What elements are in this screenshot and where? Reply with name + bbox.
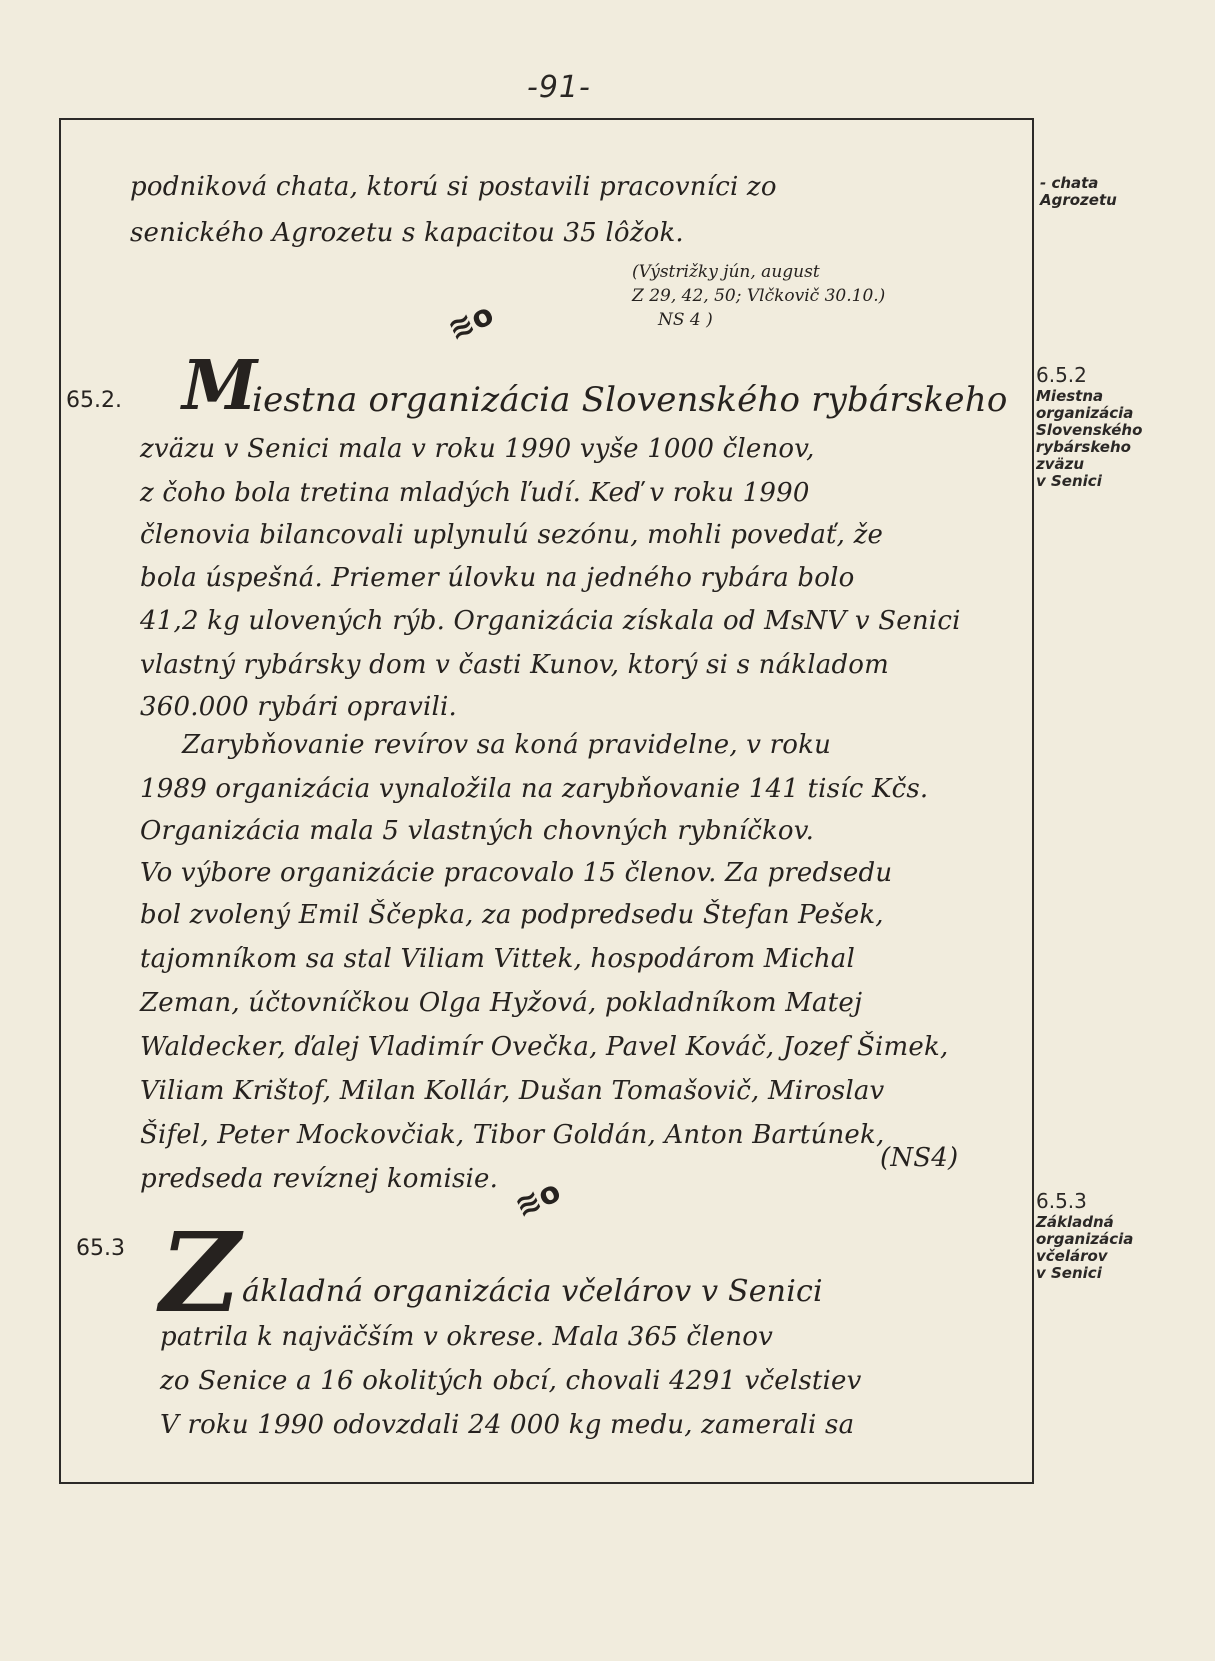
margin-note-line: Agrozetu <box>1040 192 1117 209</box>
source-note-line-3: NS 4 ) <box>658 310 713 330</box>
section-3-initial: Z <box>160 1218 240 1328</box>
margin-note-line: organizácia <box>1036 405 1142 422</box>
section-2-line-12: Vo výbore organizácie pracovalo 15 členo… <box>140 858 892 888</box>
margin-note-chata: - chata Agrozetu <box>1040 175 1117 209</box>
section-2-number: 65.2. <box>66 388 122 413</box>
margin-note-line: v Senici <box>1036 1265 1133 1282</box>
margin-note-line: v Senici <box>1036 473 1142 490</box>
section-2-line-6: 41,2 kg ulovených rýb. Organizácia získa… <box>140 606 961 636</box>
section-2-line-4: členovia bilancovali uplynulú sezónu, mo… <box>140 520 883 550</box>
section-2-line-13: bol zvolený Emil Ščepka, za podpredsedu … <box>140 900 884 930</box>
section-2-line-9: Zarybňovanie revírov sa koná pravidelne,… <box>182 730 831 760</box>
section-2-line-14: tajomníkom sa stal Viliam Vittek, hospod… <box>140 944 855 974</box>
margin-note-line: Základná <box>1036 1214 1133 1231</box>
section-3-line-3: zo Senice a 16 okolitých obcí, chovali 4… <box>160 1366 862 1396</box>
margin-note-line: Slovenského <box>1036 422 1142 439</box>
section-2-line-5: bola úspešná. Priemer úlovku na jedného … <box>140 563 854 593</box>
section-3-line-2: patrila k najväčším v okrese. Mala 365 č… <box>160 1322 773 1352</box>
source-note-line-2: Z 29, 42, 50; Vlčkovič 30.10.) <box>632 286 885 306</box>
margin-note-line: rybárskeho <box>1036 439 1142 456</box>
section-2-line-1: iestna organizácia Slovenského rybárskeh… <box>252 380 1008 420</box>
section-2-line-2: zväzu v Senici mala v roku 1990 vyše 100… <box>140 434 815 464</box>
margin-note-line: organizácia <box>1036 1231 1133 1248</box>
section-2-initial: M <box>182 352 257 420</box>
margin-note-number: 6.5.3 <box>1036 1188 1133 1214</box>
section-2-line-3: z čoho bola tretina mladých ľudí. Keď v … <box>140 478 810 508</box>
section-2-line-15: Zeman, účtovníčkou Olga Hyžová, pokladní… <box>140 988 862 1018</box>
section-2-line-11: Organizácia mala 5 vlastných chovných ry… <box>140 816 814 846</box>
section-2-line-19: predseda revíznej komisie. <box>140 1164 498 1194</box>
margin-note-line: zväzu <box>1036 456 1142 473</box>
margin-note-number: 6.5.2 <box>1036 362 1142 388</box>
section-2-line-7: vlastný rybársky dom v časti Kunov, ktor… <box>140 650 889 680</box>
section-2-line-10: 1989 organizácia vynaložila na zarybňova… <box>140 774 928 804</box>
section-3-line-1: ákladná organizácia včelárov v Senici <box>242 1274 823 1309</box>
margin-note-653: 6.5.3 Základná organizácia včelárov v Se… <box>1036 1188 1133 1282</box>
section-2-line-16: Waldecker, ďalej Vladimír Ovečka, Pavel … <box>140 1032 948 1062</box>
section-2-line-17: Viliam Krištof, Milan Kollár, Dušan Toma… <box>140 1076 884 1106</box>
margin-note-line: Miestna <box>1036 388 1142 405</box>
section-3-line-4: V roku 1990 odovzdali 24 000 kg medu, za… <box>160 1410 854 1440</box>
page-number: -91- <box>527 70 591 105</box>
section-3-number: 65.3 <box>76 1236 125 1261</box>
section-2-line-18: Šifel, Peter Mockovčiak, Tibor Goldán, A… <box>140 1120 884 1150</box>
source-note-line-1: (Výstrižky jún, august <box>632 262 820 282</box>
margin-note-652: 6.5.2 Miestna organizácia Slovenského ry… <box>1036 362 1142 490</box>
intro-line-1: podniková chata, ktorú si postavili prac… <box>130 172 777 202</box>
margin-note-line: včelárov <box>1036 1248 1133 1265</box>
section-2-line-8: 360.000 rybári opravili. <box>140 692 457 722</box>
margin-note-line: - chata <box>1040 175 1117 192</box>
intro-line-2: senického Agrozetu s kapacitou 35 lôžok. <box>130 218 684 248</box>
section-2-source: (NS4) <box>880 1143 958 1173</box>
